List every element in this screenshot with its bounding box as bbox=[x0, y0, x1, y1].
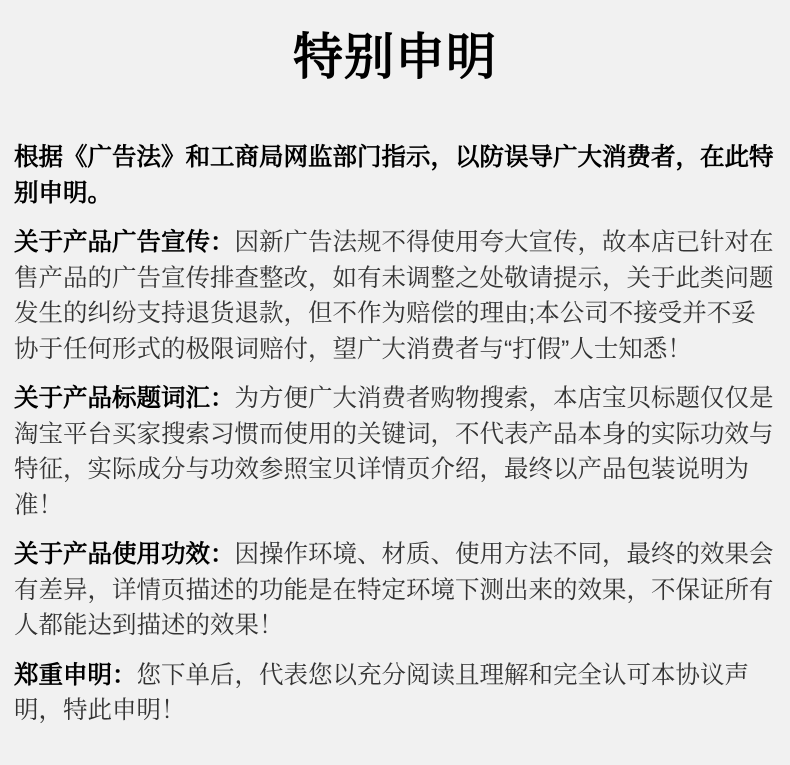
paragraph-title-keywords-lead: 关于产品标题词汇： bbox=[14, 385, 235, 412]
page-title: 特别申明 bbox=[14, 24, 776, 90]
intro-paragraph-text: 根据《广告法》和工商局网监部门指示，以防误导广大消费者，在此特别申明。 bbox=[14, 144, 774, 207]
paragraph-ad-promotion-lead: 关于产品广告宣传： bbox=[14, 229, 235, 256]
paragraph-ad-promotion: 关于产品广告宣传：因新广告法规不得使用夸大宣传，故本店已针对在售产品的广告宣传排… bbox=[14, 225, 776, 367]
paragraph-title-keywords: 关于产品标题词汇：为方便广大消费者购物搜索，本店宝贝标题仅仅是淘宝平台买家搜索习… bbox=[14, 381, 776, 523]
paragraph-solemn-statement: 郑重申明：您下单后，代表您以充分阅读且理解和完全认可本协议声明，特此申明！ bbox=[14, 658, 776, 729]
statement-page: 特别申明 根据《广告法》和工商局网监部门指示，以防误导广大消费者，在此特别申明。… bbox=[0, 0, 790, 765]
paragraph-usage-effect-lead: 关于产品使用功效： bbox=[14, 541, 235, 568]
intro-paragraph: 根据《广告法》和工商局网监部门指示，以防误导广大消费者，在此特别申明。 bbox=[14, 140, 776, 211]
paragraph-solemn-statement-lead: 郑重申明： bbox=[14, 662, 137, 689]
paragraph-usage-effect: 关于产品使用功效：因操作环境、材质、使用方法不同，最终的效果会有差异，详情页描述… bbox=[14, 537, 776, 644]
